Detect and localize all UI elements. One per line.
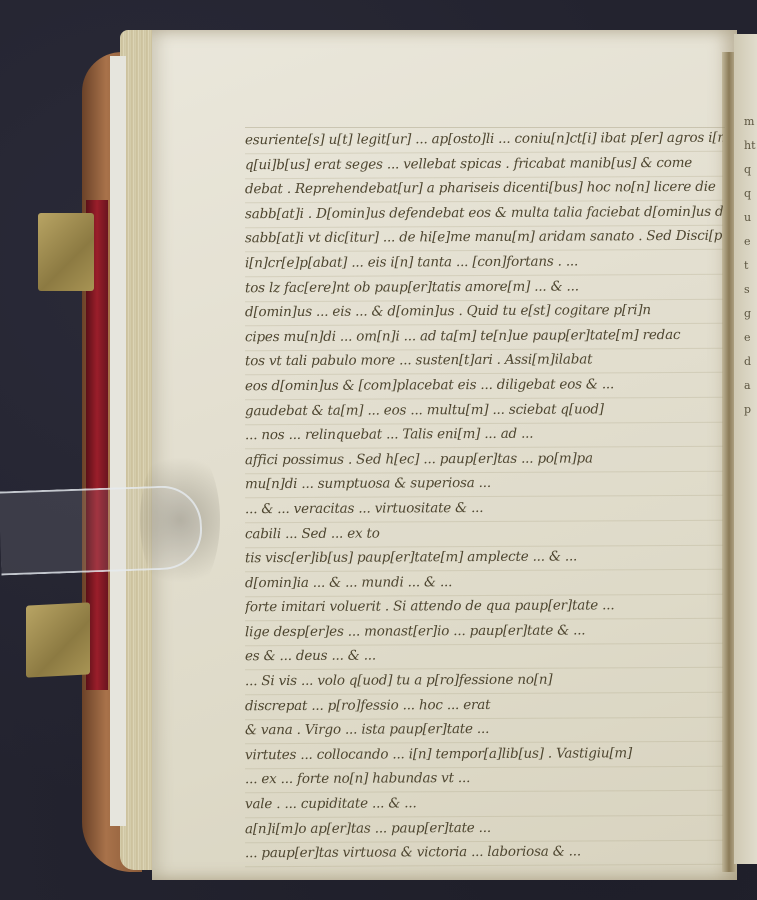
- text-line: q[ui]b[us] erat seges ... vellebat spica…: [245, 151, 723, 178]
- text-line: tos vt tali pabulo more ... susten[t]ari…: [245, 348, 723, 375]
- text-line: tos lz fac[ere]nt ob paup[er]tatis amore…: [245, 274, 723, 301]
- text-line: tis visc[er]ib[us] paup[er]tate[m] ample…: [245, 545, 723, 572]
- page-holder-strip: [0, 480, 205, 572]
- text-line: es & ... deus ... & ...: [245, 643, 723, 670]
- text-line: ... Si vis ... volo q[uod] tu a p[ro]fes…: [245, 668, 723, 695]
- text-line: lige desp[er]es ... monast[er]io ... pau…: [245, 619, 723, 646]
- text-line: forte imitari voluerit . Si attendo de q…: [245, 594, 723, 621]
- text-line: ... paup[er]tas virtuosa & victoria ... …: [245, 840, 723, 867]
- text-line: cipes mu[n]di ... om[n]i ... ad ta[m] te…: [245, 323, 723, 350]
- text-line: discrepat ... p[ro]fessio ... hoc ... er…: [245, 692, 723, 719]
- clasp-strap-bottom: [26, 602, 90, 677]
- text-line: ... nos ... relinquebat ... Talis eni[m]…: [245, 422, 723, 449]
- text-line: d[omin]ia ... & ... mundi ... & ...: [245, 569, 723, 596]
- text-line: & vana . Virgo ... ista paup[er]tate ...: [245, 717, 723, 744]
- text-line: sabb[at]i . D[omin]us defendebat eos & m…: [245, 201, 723, 228]
- text-block: esuriente[s] u[t] legit[ur] ... ap[osto]…: [245, 128, 723, 866]
- text-line: affici possimus . Sed h[ec] ... paup[er]…: [245, 446, 723, 473]
- text-line: esuriente[s] u[t] legit[ur] ... ap[osto]…: [245, 127, 723, 154]
- text-line: i[n]cr[e]p[abat] ... eis i[n] tanta ... …: [245, 250, 723, 277]
- text-line: a[n]i[m]o ap[er]tas ... paup[er]tate ...: [245, 815, 723, 842]
- text-line: debat . Reprehendebat[ur] a phariseis di…: [245, 176, 723, 203]
- text-line: d[omin]us ... eis ... & d[omin]us . Quid…: [245, 299, 723, 326]
- text-line: virtutes ... collocando ... i[n] tempor[…: [245, 742, 723, 769]
- clear-plastic-weight: [0, 485, 203, 576]
- text-line: mu[n]di ... sumptuosa & superiosa ...: [245, 471, 723, 498]
- text-line: sabb[at]i vt dic[itur] ... de hi[e]me ma…: [245, 225, 723, 252]
- text-line: ... ex ... forte no[n] habundas vt ...: [245, 766, 723, 793]
- text-line: eos d[omin]us & [com]placebat eis ... di…: [245, 373, 723, 400]
- text-line: ... & ... veracitas ... virtuositate & .…: [245, 496, 723, 523]
- clasp-strap-top: [38, 213, 94, 291]
- facing-page-text: mhtqquetsgedap: [744, 110, 757, 422]
- text-line: vale . ... cupiditate ... & ...: [245, 791, 723, 818]
- text-line: cabili ... Sed ... ex to: [245, 520, 723, 547]
- flyleaf-edge: [110, 56, 126, 826]
- text-line: gaudebat & ta[m] ... eos ... multu[m] ..…: [245, 397, 723, 424]
